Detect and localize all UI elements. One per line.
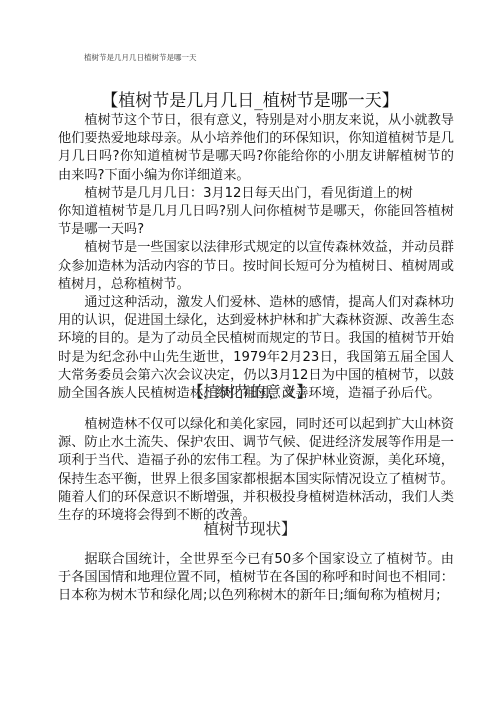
paragraph: 你知道植树节是几月几日吗?别人问你植树节是哪天，你能回答植树节是哪一天吗? (58, 203, 454, 239)
paragraph: 植树节是几月几日：3月12日每天出门，看见街道上的树 (58, 185, 454, 203)
paragraph: 植树造林不仅可以绿化和美化家园，同时还可以起到扩大山林资源、防止水土流失、保护农… (58, 416, 454, 525)
running-header: 植树节是几月几日植树节是哪一天 (84, 52, 197, 63)
section-status: 据联合国统计，全世界至今已有50多个国家设立了植树节。由于各国国情和地理位置不同… (58, 551, 454, 606)
paragraph: 植树节这个节日，很有意义，特别是对小朋友来说，从小就教导他们要热爱地球母亲。从小… (58, 112, 454, 185)
section-heading-meaning: 【植树节的意义】 (0, 380, 500, 402)
paragraph: 植树节是一些国家以法律形式规定的以宣传森林效益，并动员群众参加造林为活动内容的节… (58, 239, 454, 294)
paragraph: 据联合国统计，全世界至今已有50多个国家设立了植树节。由于各国国情和地理位置不同… (58, 551, 454, 606)
document-title: 【植树节是几月几日_植树节是哪一天】 (0, 86, 500, 111)
section-heading-status: 植树节现状】 (0, 517, 500, 539)
section-intro: 植树节这个节日，很有意义，特别是对小朋友来说，从小就教导他们要热爱地球母亲。从小… (58, 112, 454, 403)
section-meaning: 植树造林不仅可以绿化和美化家园，同时还可以起到扩大山林资源、防止水土流失、保护农… (58, 416, 454, 525)
